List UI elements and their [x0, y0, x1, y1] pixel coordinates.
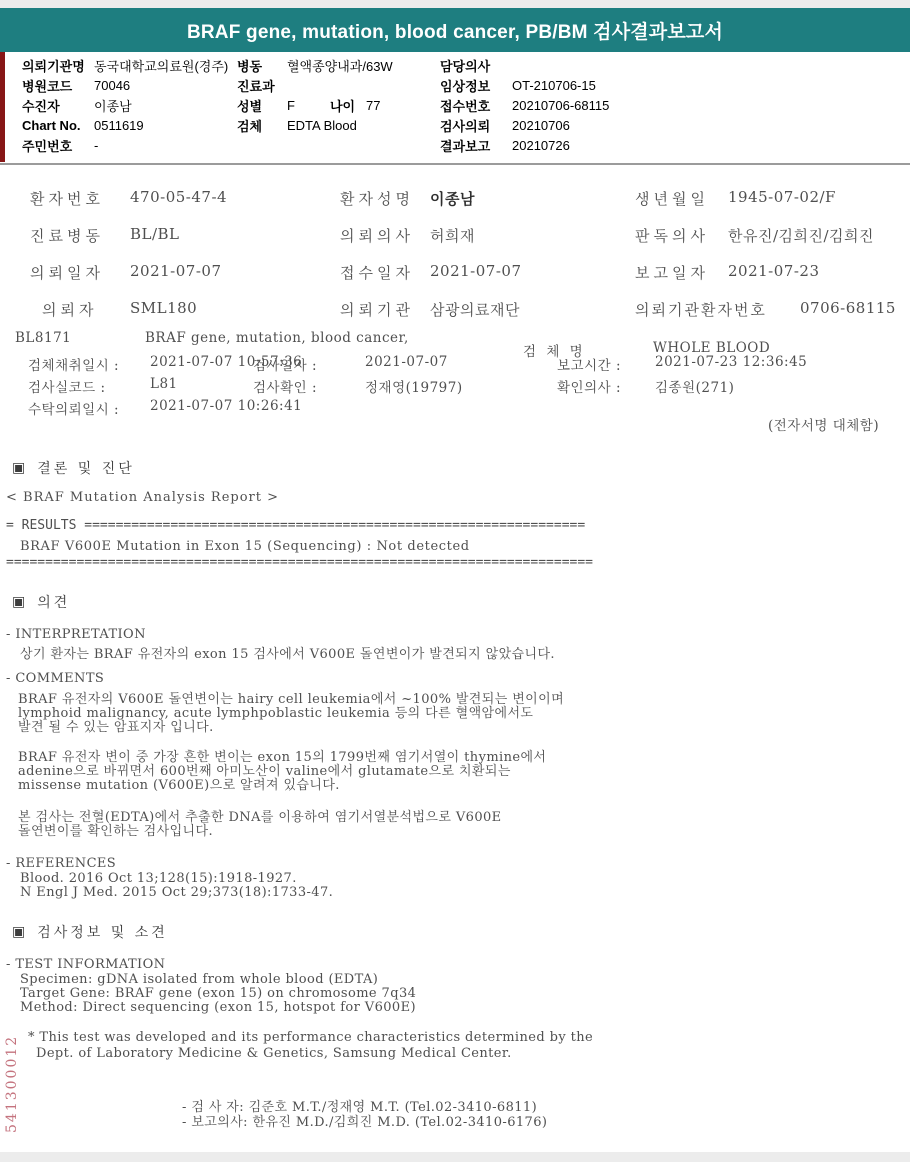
- references-header: - REFERENCES: [6, 856, 116, 871]
- patient-name-label: 환자성명: [340, 188, 414, 209]
- test-info-line: Method: Direct sequencing (exon 15, hots…: [20, 1000, 416, 1015]
- org-patient-no-label: 의뢰기관환자번호: [635, 299, 767, 320]
- side-serial-number: 541300012: [4, 1035, 20, 1133]
- org-name-label: 의뢰기관명: [22, 56, 94, 75]
- sex-label: 성별: [237, 96, 287, 115]
- examinee-value: 이종남: [94, 96, 132, 115]
- interpretation-text: 상기 환자는 BRAF 유전자의 exon 15 검사에서 V600E 돌연변이…: [20, 643, 555, 662]
- disclaimer-line: Dept. of Laboratory Medicine & Genetics,…: [36, 1046, 512, 1061]
- ward-column: 병동혈액종양내과/63W 진료과 성별F나이77 검체EDTA Blood: [237, 55, 442, 135]
- department-label: 진료과: [237, 76, 287, 95]
- lab-code-pair: 검사실코드 :L81: [28, 376, 178, 396]
- info-row: 담당의사: [440, 55, 770, 75]
- patient-no-value: 470-05-47-4: [130, 188, 227, 206]
- lab-code-value: L81: [150, 376, 178, 396]
- requesting-org-value: 삼광의료재단: [430, 299, 520, 320]
- resident-no-label: 주민번호: [22, 136, 94, 155]
- specimen-type-label: 검체: [237, 116, 287, 135]
- test-info-line: Specimen: gDNA isolated from whole blood…: [20, 972, 378, 987]
- report-title-bar: BRAF gene, mutation, blood cancer, PB/BM…: [0, 8, 910, 52]
- requesting-org-column: 의뢰기관명동국대학교의료원(경주) 병원코드70046 수진자이종남 Chart…: [22, 55, 237, 155]
- info-row: 접수번호20210706-68115: [440, 95, 770, 115]
- requester-value: SML180: [130, 299, 197, 317]
- org-patient-no-value: 0706-68115: [800, 299, 896, 317]
- chart-no-label: Chart No.: [22, 118, 94, 133]
- requesting-org-label: 의뢰기관: [340, 299, 414, 320]
- result-line: BRAF V600E Mutation in Exon 15 (Sequenci…: [20, 539, 470, 554]
- test-info-title-text: 검사정보 및 소견: [37, 922, 168, 942]
- info-row: 결과보고20210726: [440, 135, 770, 155]
- info-row: 임상정보OT-210706-15: [440, 75, 770, 95]
- care-ward-label: 진료병동: [30, 225, 104, 246]
- report-time-value: 2021-07-23 12:36:45: [655, 354, 807, 374]
- info-row: 주민번호-: [22, 135, 237, 155]
- test-date-value: 2021-07-07: [365, 354, 448, 374]
- clinical-info-label: 임상정보: [440, 76, 512, 95]
- comments-line: missense mutation (V600E)으로 알려져 있습니다.: [18, 774, 340, 793]
- hospital-code-value: 70046: [94, 78, 130, 93]
- header-separator-line: [0, 163, 910, 165]
- analysis-report-title: < BRAF Mutation Analysis Report >: [6, 490, 279, 505]
- test-code: BL8171: [15, 330, 71, 346]
- info-row: 검사의뢰20210706: [440, 115, 770, 135]
- lab-report-page: { "colors": { "header_bg": "#1e7e80", "l…: [0, 0, 910, 1162]
- report-date-value: 2021-07-23: [728, 262, 819, 280]
- test-info-line: Target Gene: BRAF gene (exon 15) on chro…: [20, 986, 416, 1001]
- info-row: 검체EDTA Blood: [237, 115, 442, 135]
- verified-value: 정재영(19797): [365, 376, 463, 396]
- test-request-date-value: 20210706: [512, 118, 570, 133]
- age-label: 나이: [330, 96, 366, 115]
- comments-line: 돌연변이를 확인하는 검사입니다.: [18, 820, 213, 839]
- section-marker-icon: ▣: [12, 924, 28, 940]
- info-row: 병동혈액종양내과/63W: [237, 55, 442, 75]
- section-marker-icon: ▣: [12, 594, 28, 610]
- reference-item: N Engl J Med. 2015 Oct 29;373(18):1733-4…: [20, 885, 333, 900]
- opinion-title-text: 의견: [37, 592, 70, 612]
- reading-doctor-label: 판독의사: [635, 225, 709, 246]
- top-strip: [0, 0, 910, 8]
- info-row: Chart No.0511619: [22, 115, 237, 135]
- receipt-date-label: 접수일자: [340, 262, 414, 283]
- ward-value: 혈액종양내과/63W: [287, 56, 393, 75]
- reference-item: Blood. 2016 Oct 13;128(15):1918-1927.: [20, 871, 297, 886]
- org-name-value: 동국대학교의료원(경주): [94, 56, 228, 75]
- results-rule-bottom: ========================================…: [6, 555, 593, 570]
- test-info-section-title: ▣검사정보 및 소견: [12, 922, 168, 942]
- result-report-date-value: 20210726: [512, 138, 570, 153]
- sex-value: F: [287, 98, 330, 113]
- conclusion-section-title: ▣결론 및 진단: [12, 458, 135, 478]
- patient-name-value: 이종남: [430, 188, 475, 209]
- opinion-section-title: ▣의견: [12, 592, 70, 612]
- receipt-no-value: 20210706-68115: [512, 98, 609, 113]
- resident-no-value: -: [94, 138, 98, 153]
- info-row: 성별F나이77: [237, 95, 442, 115]
- receipt-no-label: 접수번호: [440, 96, 512, 115]
- test-date-label: 검사일자 :: [253, 354, 365, 374]
- age-value: 77: [366, 98, 380, 113]
- bottom-strip: [0, 1152, 910, 1162]
- test-request-date-label: 검사의뢰: [440, 116, 512, 135]
- info-row: 진료과: [237, 75, 442, 95]
- confirm-doctor-label: 확인의사 :: [557, 376, 655, 396]
- lab-code-label: 검사실코드 :: [28, 376, 150, 396]
- report-time-pair: 보고시간 :2021-07-23 12:36:45: [557, 354, 807, 374]
- disclaimer-line: * This test was developed and its perfor…: [28, 1030, 593, 1045]
- request-date-value: 2021-07-07: [130, 262, 221, 280]
- birthdate-label: 생년월일: [635, 188, 709, 209]
- referred-pair: 수탁의뢰일시 :2021-07-07 10:26:41: [28, 398, 302, 418]
- care-ward-value: BL/BL: [130, 225, 180, 243]
- request-date-label: 의뢰일자: [30, 262, 104, 283]
- hospital-code-label: 병원코드: [22, 76, 94, 95]
- referred-label: 수탁의뢰일시 :: [28, 398, 150, 418]
- reporting-doctor-line: - 보고의사: 한유진 M.D./김희진 M.D. (Tel.02-3410-6…: [182, 1111, 547, 1130]
- clinical-info-value: OT-210706-15: [512, 78, 596, 93]
- verified-label: 검사확인 :: [253, 376, 365, 396]
- ward-label: 병동: [237, 56, 287, 75]
- chart-no-value: 0511619: [94, 118, 144, 133]
- report-title: BRAF gene, mutation, blood cancer, PB/BM…: [187, 17, 723, 44]
- info-row: 수진자이종남: [22, 95, 237, 115]
- report-date-label: 보고일자: [635, 262, 709, 283]
- patient-no-label: 환자번호: [30, 188, 104, 209]
- confirm-doctor-value: 김종원(271): [655, 376, 734, 396]
- left-accent-bar: [0, 52, 5, 162]
- report-time-label: 보고시간 :: [557, 354, 655, 374]
- attending-doctor-label: 담당의사: [440, 56, 512, 75]
- specimen-type-value: EDTA Blood: [287, 118, 357, 133]
- comments-header: - COMMENTS: [6, 671, 104, 686]
- confirm-doctor-pair: 확인의사 :김종원(271): [557, 376, 734, 396]
- test-name-value: BRAF gene, mutation, blood cancer,: [145, 330, 409, 346]
- comments-line: 발견 될 수 있는 암표지자 입니다.: [18, 716, 214, 735]
- examinee-label: 수진자: [22, 96, 94, 115]
- test-information-header: - TEST INFORMATION: [6, 957, 165, 972]
- test-name: BRAF gene, mutation, blood cancer,: [145, 330, 409, 346]
- esignature-note-text: (전자서명 대체함): [768, 414, 879, 434]
- referring-doctor-value: 허희재: [430, 225, 475, 246]
- section-marker-icon: ▣: [12, 460, 28, 476]
- conclusion-title-text: 결론 및 진단: [37, 458, 135, 478]
- result-report-date-label: 결과보고: [440, 136, 512, 155]
- collected-label: 검체채취일시 :: [28, 354, 150, 374]
- test-date-pair: 검사일자 :2021-07-07: [253, 354, 448, 374]
- results-rule-top: = RESULTS ==============================…: [6, 518, 585, 533]
- receipt-date-value: 2021-07-07: [430, 262, 521, 280]
- esignature-note: (전자서명 대체함): [768, 414, 879, 434]
- registration-column: 담당의사 임상정보OT-210706-15 접수번호20210706-68115…: [440, 55, 770, 155]
- interpretation-header: - INTERPRETATION: [6, 627, 146, 642]
- verified-pair: 검사확인 :정재영(19797): [253, 376, 463, 396]
- reading-doctor-value: 한유진/김희진/김희진: [728, 225, 874, 246]
- info-row: 병원코드70046: [22, 75, 237, 95]
- referring-doctor-label: 의뢰의사: [340, 225, 414, 246]
- info-row: 의뢰기관명동국대학교의료원(경주): [22, 55, 237, 75]
- birthdate-value: 1945-07-02/F: [728, 188, 836, 206]
- test-code-value: BL8171: [15, 330, 71, 346]
- referred-value: 2021-07-07 10:26:41: [150, 398, 302, 418]
- requester-label: 의뢰자: [42, 299, 97, 320]
